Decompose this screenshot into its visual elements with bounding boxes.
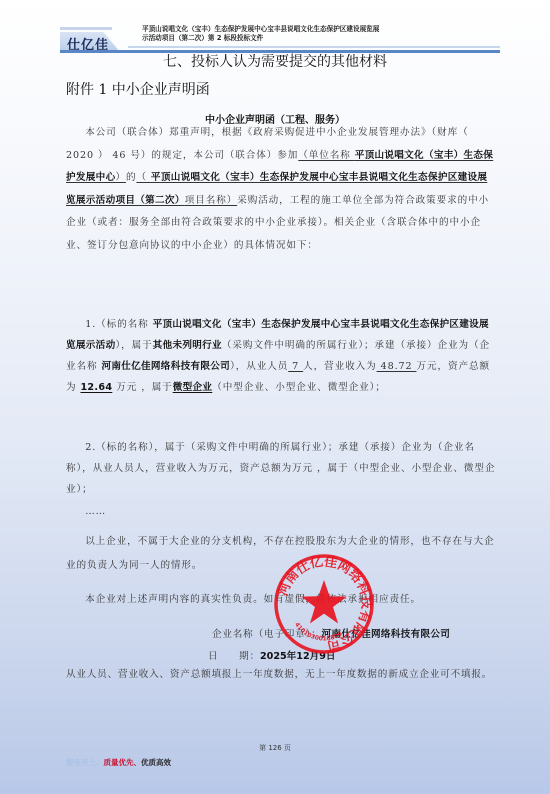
annex-title: 附件 1 中小企业声明函 — [66, 79, 210, 99]
header-thin-rule — [128, 46, 500, 48]
page-header: 仕亿佳 平顶山说唱文化（宝丰）生态保护发展中心宝丰县说唱文化生态保护区建设展览展… — [60, 26, 500, 52]
employees-value: 7 — [288, 361, 303, 372]
footnote: 从业人员、营业收入、资产总额填报上一年度数据，无上一年度数据的新成立企业可不填报… — [66, 668, 506, 682]
header-title-line1: 平顶山说唱文化（宝丰）生态保护发展中心宝丰县说唱文化生态保护区建设展览展 — [142, 25, 502, 34]
header-decor-line — [60, 27, 112, 30]
page-number: 第 126 页 — [0, 743, 550, 753]
revenue-value: 48.72 — [377, 361, 417, 372]
assets-value: 12.64 — [80, 382, 112, 393]
enterprise-size: 微型企业 — [173, 382, 213, 393]
footer-slogan: 服务至上、质量优先、优质高效 — [66, 757, 171, 768]
header-doc-title: 平顶山说唱文化（宝丰）生态保护发展中心宝丰县说唱文化生态保护区建设展览展 示活动… — [142, 25, 502, 43]
company-seal-icon: 河南仕亿佳网络科技有限公司 4101030016809 — [272, 552, 376, 656]
enterprise-item-1: 1.（标的名称 平顶山说唱文化（宝丰）生态保护发展中心宝丰县说唱文化生态保护区建… — [66, 314, 496, 398]
intro-paragraph: 本公司（联合体）郑重声明，根据《政府采购促进中小企业发展管理办法》（财库（ 20… — [66, 122, 496, 258]
enterprise-item-2: 2.（标的名称），属于（采购文件中明确的所属行业）；承建（承接）企业为（企业名称… — [66, 437, 496, 500]
ellipsis: …… — [66, 505, 496, 519]
section-title: 七、投标人认为需要提交的其他材料 — [0, 51, 550, 71]
header-title-line2: 示活动项目（第二次）第 2 标段投标文件 — [142, 34, 502, 43]
svg-text:4101030016809: 4101030016809 — [293, 621, 343, 642]
